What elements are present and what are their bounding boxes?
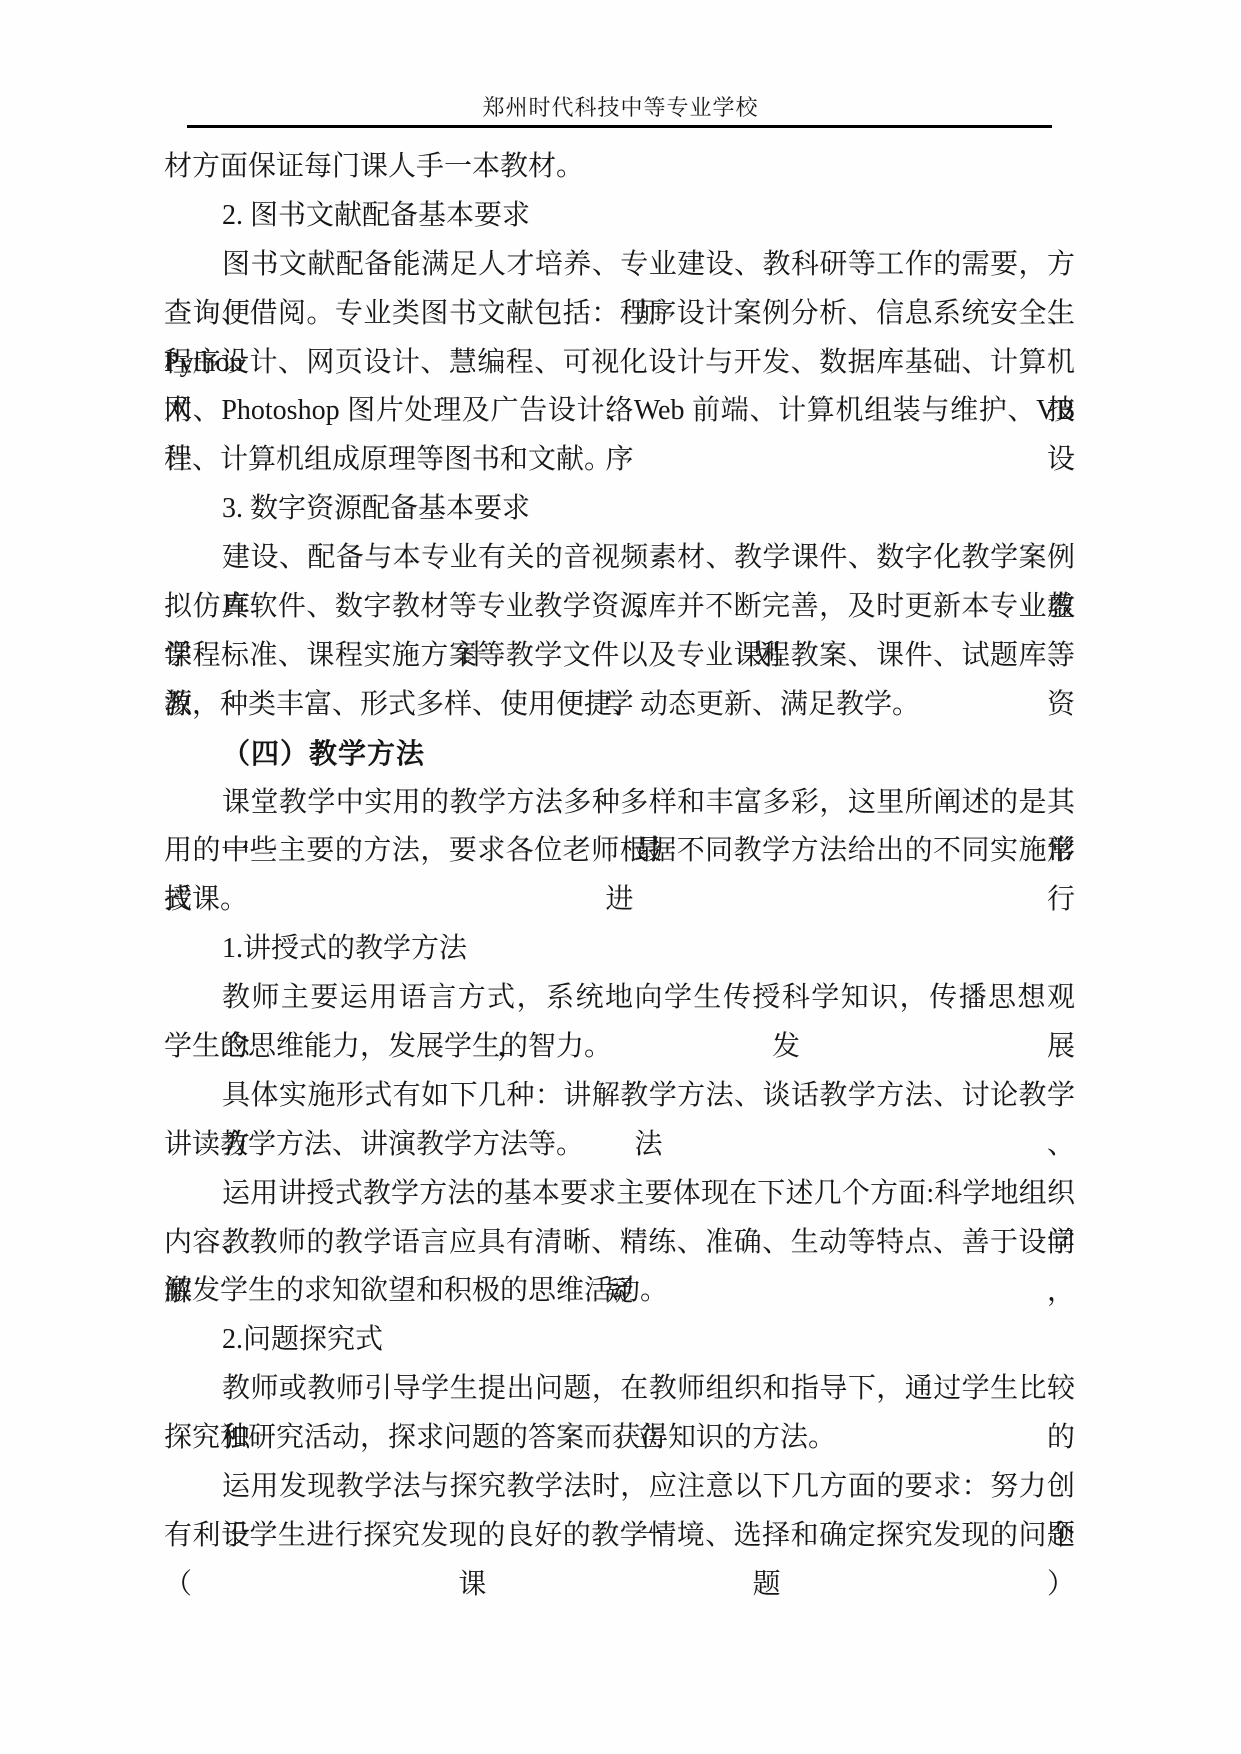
text-line: 内容、教师的教学语言应具有清晰、精练、准确、生动等特点、善于设问解疑， bbox=[164, 1219, 1075, 1268]
header-rule bbox=[187, 125, 1052, 128]
document-body: 材方面保证每门课人手一本教材。 2. 图书文献配备基本要求 图书文献配备能满足人… bbox=[164, 143, 1075, 1561]
item-heading-digital-resources: 3. 数字资源配备基本要求 bbox=[164, 485, 1075, 534]
document-page: 郑州时代科技中等专业学校 材方面保证每门课人手一本教材。 2. 图书文献配备基本… bbox=[0, 0, 1241, 1754]
text-line: 教师主要运用语言方式，系统地向学生传授科学知识，传播思想观念，发展 bbox=[164, 974, 1075, 1023]
text-line: 图书文献配备能满足人才培养、专业建设、教科研等工作的需要，方便师生 bbox=[164, 241, 1075, 290]
item-heading-books-requirement: 2. 图书文献配备基本要求 bbox=[164, 192, 1075, 241]
text-line: 建设、配备与本专业有关的音视频素材、教学课件、数字化教学案例库、虚 bbox=[164, 534, 1075, 583]
text-line: 教师或教师引导学生提出问题，在教师组织和指导下，通过学生比较独立的 bbox=[164, 1365, 1075, 1414]
text-line: 具体实施形式有如下几种：讲解教学方法、谈话教学方法、讨论教学方法、 bbox=[164, 1072, 1075, 1121]
text-line: 材方面保证每门课人手一本教材。 bbox=[164, 143, 1075, 192]
text-line: 用的一些主要的方法，要求各位老师根据不同教学方法给出的不同实施形式进行 bbox=[164, 827, 1075, 876]
text-line: 拟仿真软件、数字教材等专业教学资源库并不断完善，及时更新本专业教学计划、 bbox=[164, 583, 1075, 632]
text-line: 课程标准、课程实施方案等教学文件以及专业课程教案、课件、试题库等教学资 bbox=[164, 632, 1075, 681]
page-header-title: 郑州时代科技中等专业学校 bbox=[0, 96, 1241, 120]
text-line: 程序设计、网页设计、慧编程、可视化设计与开发、数据库基础、计算机网络技 bbox=[164, 339, 1075, 388]
text-line: 课堂教学中实用的教学方法多种多样和丰富多彩，这里所阐述的是其中最常 bbox=[164, 779, 1075, 828]
text-line: 查询、借阅。专业类图书文献包括：程序设计案例分析、信息系统安全、Python bbox=[164, 290, 1075, 339]
method-heading-lecture: 1.讲授式的教学方法 bbox=[164, 925, 1075, 974]
text-line: 有利于学生进行探究发现的良好的教学情境、选择和确定探究发现的问题（课题） bbox=[164, 1512, 1075, 1561]
method-heading-inquiry: 2.问题探究式 bbox=[164, 1316, 1075, 1365]
text-line: 运用发现教学法与探究教学法时，应注意以下几方面的要求：努力创设一个 bbox=[164, 1463, 1075, 1512]
text-line: 术、Photoshop 图片处理及广告设计、Web 前端、计算机组装与维护、VB… bbox=[164, 387, 1075, 436]
text-line: 运用讲授式教学方法的基本要求主要体现在下述几个方面:科学地组织教学 bbox=[164, 1170, 1075, 1219]
section-heading-teaching-methods: （四）教学方法 bbox=[164, 730, 1075, 779]
